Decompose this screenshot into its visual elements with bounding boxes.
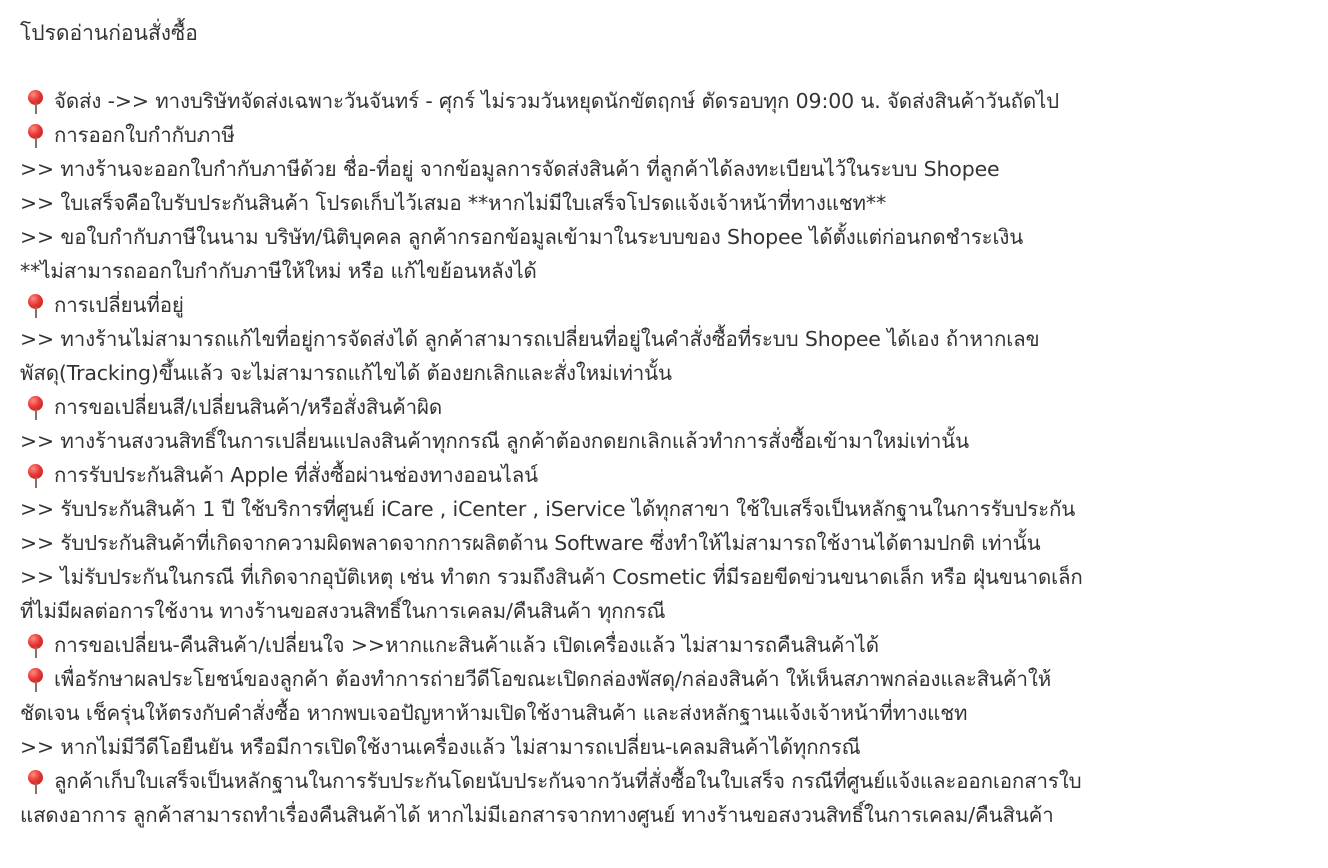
pushpin-needle xyxy=(35,783,37,794)
pushpin-icon xyxy=(24,87,54,115)
policy-heading-line: การรับประกันสินค้า Apple ที่สั่งซื้อผ่าน… xyxy=(20,458,1308,492)
pushpin-needle xyxy=(35,647,37,658)
policy-heading-line: ลูกค้าเก็บใบเสร็จเป็นหลักฐานในการรับประก… xyxy=(20,764,1308,798)
line-text: >> หากไม่มีวีดีโอยืนยัน หรือมีการเปิดใช้… xyxy=(20,730,860,764)
pushpin-needle xyxy=(35,307,37,318)
policy-heading-line: การออกใบกำกับภาษี xyxy=(20,118,1308,152)
policy-heading-line: จัดส่ง ->> ทางบริษัทจัดส่งเฉพาะวันจันทร์… xyxy=(20,84,1308,118)
pushpin-icon xyxy=(24,291,54,319)
pushpin-needle xyxy=(35,137,37,148)
line-text: ที่ไม่มีผลต่อการใช้งาน ทางร้านขอสงวนสิทธ… xyxy=(20,594,665,628)
policy-text-line: ชัดเจน เช็ครุ่นให้ตรงกับคำสั่งซื้อ หากพบ… xyxy=(20,696,1308,730)
pushpin-needle xyxy=(35,103,37,114)
line-text: แสดงอาการ ลูกค้าสามารถทำเรื่องคืนสินค้าไ… xyxy=(20,798,1054,832)
policy-heading-line: การขอเปลี่ยนสี/เปลี่ยนสินค้า/หรือสั่งสิน… xyxy=(20,390,1308,424)
pushpin-icon xyxy=(24,393,54,421)
policy-text-line: >> ทางร้านสงวนสิทธิ์ในการเปลี่ยนแปลงสินค… xyxy=(20,424,1308,458)
policy-text-line: >> รับประกันสินค้า 1 ปี ใช้บริการที่ศูนย… xyxy=(20,492,1308,526)
line-text: ชัดเจน เช็ครุ่นให้ตรงกับคำสั่งซื้อ หากพบ… xyxy=(20,696,967,730)
line-text: >> รับประกันสินค้า 1 ปี ใช้บริการที่ศูนย… xyxy=(20,492,1075,526)
line-text: >> ทางร้านสงวนสิทธิ์ในการเปลี่ยนแปลงสินค… xyxy=(20,424,969,458)
pushpin-icon xyxy=(24,461,54,489)
line-text: การขอเปลี่ยน-คืนสินค้า/เปลี่ยนใจ >>หากแก… xyxy=(54,628,879,662)
policy-text-line: พัสดุ(Tracking)ขึ้นแล้ว จะไม่สามารถแก้ไข… xyxy=(20,356,1308,390)
line-text: เพื่อรักษาผลประโยชน์ของลูกค้า ต้องทำการถ… xyxy=(54,662,1051,696)
line-text: >> ทางร้านไม่สามารถแก้ไขที่อยู่การจัดส่ง… xyxy=(20,322,1039,356)
policy-text-line: >> ทางร้านจะออกใบกำกับภาษีด้วย ชื่อ-ที่อ… xyxy=(20,152,1308,186)
policy-text-line: >> ใบเสร็จคือใบรับประกันสินค้า โปรดเก็บไ… xyxy=(20,186,1308,220)
policy-heading-line: การเปลี่ยนที่อยู่ xyxy=(20,288,1308,322)
line-text: >> ไม่รับประกันในกรณี ที่เกิดจากอุบัติเห… xyxy=(20,560,1083,594)
line-text: การขอเปลี่ยนสี/เปลี่ยนสินค้า/หรือสั่งสิน… xyxy=(54,390,442,424)
line-text: พัสดุ(Tracking)ขึ้นแล้ว จะไม่สามารถแก้ไข… xyxy=(20,356,672,390)
policy-text-line: >> ขอใบกำกับภาษีในนาม บริษัท/นิติบุคคล ล… xyxy=(20,220,1308,254)
pushpin-icon xyxy=(24,631,54,659)
policy-heading-line: การขอเปลี่ยน-คืนสินค้า/เปลี่ยนใจ >>หากแก… xyxy=(20,628,1308,662)
policy-text-line: แสดงอาการ ลูกค้าสามารถทำเรื่องคืนสินค้าไ… xyxy=(20,798,1308,832)
policy-text-line: >> รับประกันสินค้าที่เกิดจากความผิดพลาดจ… xyxy=(20,526,1308,560)
pushpin-needle xyxy=(35,409,37,420)
policy-lines: จัดส่ง ->> ทางบริษัทจัดส่งเฉพาะวันจันทร์… xyxy=(20,84,1308,832)
line-text: จัดส่ง ->> ทางบริษัทจัดส่งเฉพาะวันจันทร์… xyxy=(54,84,1059,118)
line-text: การเปลี่ยนที่อยู่ xyxy=(54,288,184,322)
line-text: >> ใบเสร็จคือใบรับประกันสินค้า โปรดเก็บไ… xyxy=(20,186,886,220)
line-text: การออกใบกำกับภาษี xyxy=(54,118,235,152)
policy-heading-line: เพื่อรักษาผลประโยชน์ของลูกค้า ต้องทำการถ… xyxy=(20,662,1308,696)
policy-text-line: >> หากไม่มีวีดีโอยืนยัน หรือมีการเปิดใช้… xyxy=(20,730,1308,764)
pushpin-needle xyxy=(35,477,37,488)
policy-text-line: >> ทางร้านไม่สามารถแก้ไขที่อยู่การจัดส่ง… xyxy=(20,322,1308,356)
pushpin-needle xyxy=(35,681,37,692)
purchase-policy-document: โปรดอ่านก่อนสั่งซื้อ จัดส่ง ->> ทางบริษั… xyxy=(0,0,1328,832)
page-title: โปรดอ่านก่อนสั่งซื้อ xyxy=(20,16,1308,50)
line-text: >> ทางร้านจะออกใบกำกับภาษีด้วย ชื่อ-ที่อ… xyxy=(20,152,1000,186)
policy-text-line: **ไม่สามารถออกใบกำกับภาษีให้ใหม่ หรือ แก… xyxy=(20,254,1308,288)
line-text: ลูกค้าเก็บใบเสร็จเป็นหลักฐานในการรับประก… xyxy=(54,764,1081,798)
pushpin-icon xyxy=(24,121,54,149)
pushpin-icon xyxy=(24,767,54,795)
blank-line xyxy=(20,50,1308,84)
line-text: การรับประกันสินค้า Apple ที่สั่งซื้อผ่าน… xyxy=(54,458,538,492)
line-text: **ไม่สามารถออกใบกำกับภาษีให้ใหม่ หรือ แก… xyxy=(20,254,537,288)
pushpin-icon xyxy=(24,665,54,693)
line-text: >> ขอใบกำกับภาษีในนาม บริษัท/นิติบุคคล ล… xyxy=(20,220,1023,254)
policy-text-line: >> ไม่รับประกันในกรณี ที่เกิดจากอุบัติเห… xyxy=(20,560,1308,594)
policy-text-line: ที่ไม่มีผลต่อการใช้งาน ทางร้านขอสงวนสิทธ… xyxy=(20,594,1308,628)
line-text: >> รับประกันสินค้าที่เกิดจากความผิดพลาดจ… xyxy=(20,526,1041,560)
